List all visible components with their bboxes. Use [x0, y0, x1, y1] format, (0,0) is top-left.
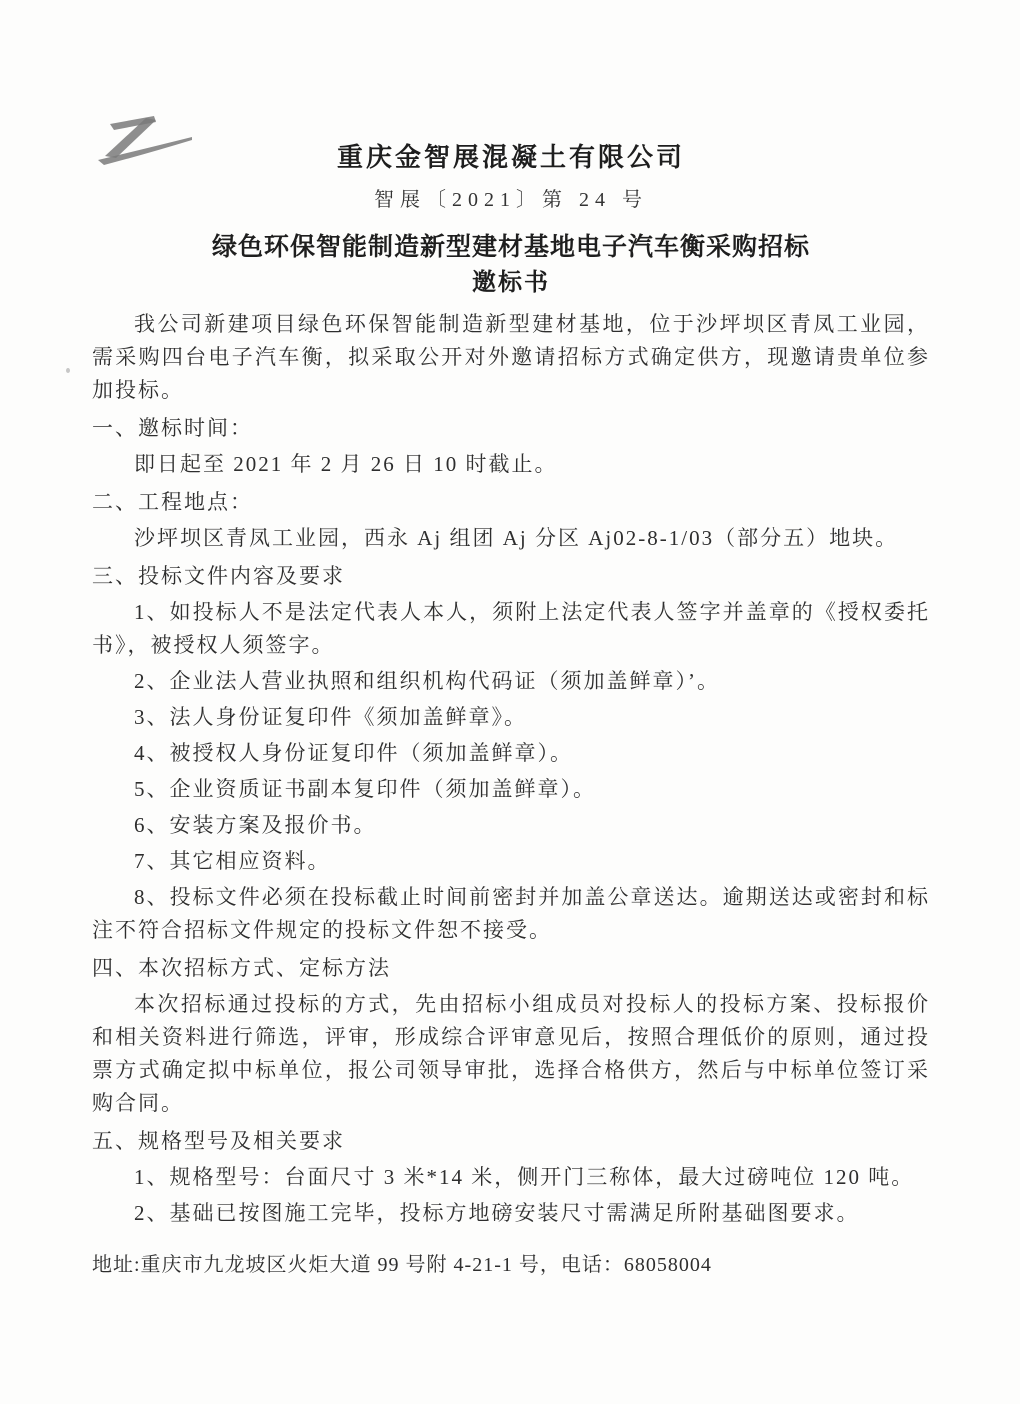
company-name: 重庆金智展混凝土有限公司	[92, 140, 930, 174]
document-body: 我公司新建项目绿色环保智能制造新型建材基地，位于沙坪坝区青凤工业园，需采购四台电…	[92, 308, 930, 1230]
list-item: 1、规格型号：台面尺寸 3 米*14 米，侧开门三称体，最大过磅吨位 120 吨…	[92, 1161, 930, 1194]
list-item: 8、投标文件必须在投标截止时间前密封并加盖公章送达。逾期送达或密封和标注不符合招…	[92, 881, 930, 947]
section-bid-document-requirements: 三、投标文件内容及要求 1、如投标人不是法定代表人本人，须附上法定代表人签字并盖…	[92, 560, 930, 947]
list-item: 1、如投标人不是法定代表人本人，须附上法定代表人签字并盖章的《授权委托书》，被授…	[92, 596, 930, 662]
section-heading: 三、投标文件内容及要求	[92, 560, 930, 593]
section-paragraph: 沙坪坝区青凤工业园，西永 Aj 组团 Aj 分区 Aj02-8-1/03（部分五…	[92, 522, 930, 555]
list-item: 2、基础已按图施工完毕，投标方地磅安装尺寸需满足所附基础图要求。	[92, 1197, 930, 1230]
list-item: 6、安装方案及报价书。	[92, 809, 930, 842]
section-specifications: 五、规格型号及相关要求 1、规格型号：台面尺寸 3 米*14 米，侧开门三称体，…	[92, 1125, 930, 1230]
section-invitation-time: 一、邀标时间： 即日起至 2021 年 2 月 26 日 10 时截止。	[92, 412, 930, 481]
intro-paragraph: 我公司新建项目绿色环保智能制造新型建材基地，位于沙坪坝区青凤工业园，需采购四台电…	[92, 308, 930, 407]
list-item: 5、企业资质证书副本复印件（须加盖鲜章）。	[92, 773, 930, 806]
section-paragraph: 本次招标通过投标的方式，先由招标小组成员对投标人的投标方案、投标报价和相关资料进…	[92, 988, 930, 1120]
section-heading: 四、本次招标方式、定标方法	[92, 952, 930, 985]
document-title: 绿色环保智能制造新型建材基地电子汽车衡采购招标	[92, 230, 930, 264]
list-item: 2、企业法人营业执照和组织机构代码证（须加盖鲜章）’。	[92, 665, 930, 698]
document-subtitle: 邀标书	[92, 267, 930, 299]
section-heading: 二、工程地点：	[92, 486, 930, 519]
section-heading: 一、邀标时间：	[92, 412, 930, 445]
section-heading: 五、规格型号及相关要求	[92, 1125, 930, 1158]
company-logo-z-icon	[84, 110, 202, 174]
footer-address-phone: 地址:重庆市九龙坡区火炬大道 99 号附 4-21-1 号，电话：6805800…	[92, 1248, 712, 1277]
list-item: 7、其它相应资料。	[92, 845, 930, 878]
section-project-location: 二、工程地点： 沙坪坝区青凤工业园，西永 Aj 组团 Aj 分区 Aj02-8-…	[92, 486, 930, 555]
document-content: 重庆金智展混凝土有限公司 智展〔2021〕第 24 号 绿色环保智能制造新型建材…	[0, 0, 1020, 1230]
section-bid-method: 四、本次招标方式、定标方法 本次招标通过投标的方式，先由招标小组成员对投标人的投…	[92, 952, 930, 1120]
scanned-document-page: 重庆金智展混凝土有限公司 智展〔2021〕第 24 号 绿色环保智能制造新型建材…	[0, 0, 1020, 1404]
scan-artifact-dot	[66, 368, 70, 373]
document-number: 智展〔2021〕第 24 号	[92, 186, 930, 214]
list-item: 4、被授权人身份证复印件（须加盖鲜章）。	[92, 737, 930, 770]
list-item: 3、法人身份证复印件《须加盖鲜章》。	[92, 701, 930, 734]
section-paragraph: 即日起至 2021 年 2 月 26 日 10 时截止。	[92, 448, 930, 481]
